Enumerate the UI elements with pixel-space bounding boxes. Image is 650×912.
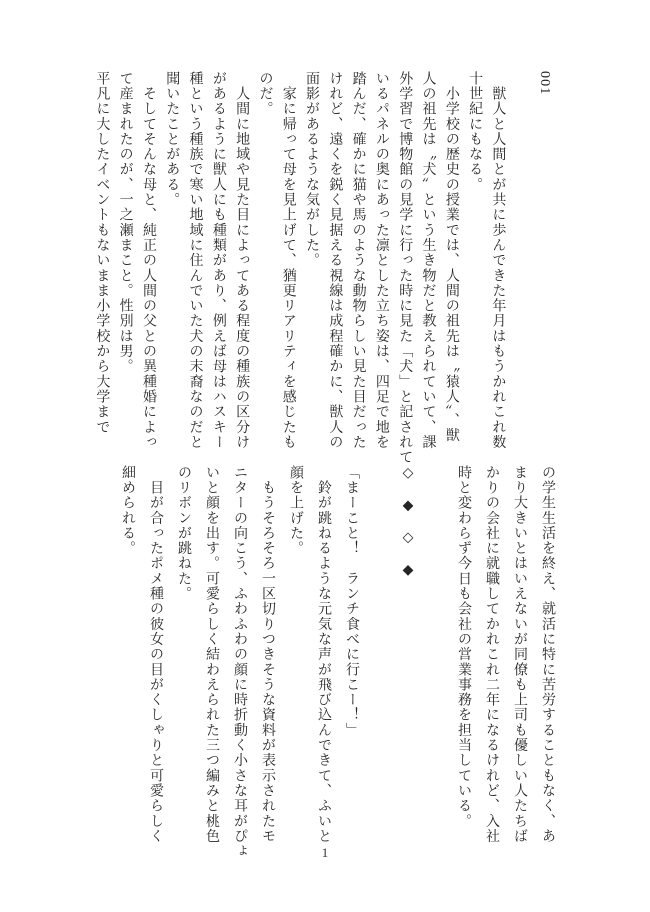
blank-line [421,465,449,853]
text-line: 時と変わらず今日も会社の営業事務を担当している。 [449,465,477,853]
text-line: まり大きいとはいえないが同僚も上司も優しい人たちば [505,465,533,853]
text-line: 目が合ったポメ種の彼女の目がくしゃりと可愛らしく [141,465,169,853]
text-line: 聞いたことがある。 [160,71,183,463]
text-line: 踏んだ、確かに猫や馬のような動物らしい見た目だった [346,71,369,463]
text-line: そしてそんな母と、純正の人間の父との異種婚によっ [137,71,160,463]
text-line: のリボンが跳ねた。 [169,465,197,853]
text-line: 鈴が跳ねるような元気な声が飛び込んできて、ふいと [309,465,337,853]
text-line: があるように獣人にも種類があり、例えば母はハスキー [207,71,230,463]
text-line: て産まれたのが、一之瀬まこと。性別は男。 [113,71,136,463]
text-line: 種という種族で寒い地域に住んでいた犬の末裔なのだと [183,71,206,463]
blank-line [365,465,393,853]
text-line: 獣人と人間とが共に歩んできた年月はもうかれこれ数 [486,71,509,463]
text-line: 小学校の歴史の授業では、人間の祖先は〝猿人〟、獣 [440,71,463,463]
text-line: いるパネルの奥にあった凛とした立ち姿は、四足で地を [370,71,393,463]
text-line: 顔を上げた。 [281,465,309,853]
text-line: ニターの向こう、ふわふわの顔に時折動く小さな耳がぴょ [225,465,253,853]
text-line: 平凡に大したイベントもないまま小学校から大学まで [90,71,113,463]
page-number: 1 [0,845,650,861]
text-line: 外学習で博物館の見学に行った時に見た「犬」と記されて [393,71,416,463]
text-line: のだ。 [253,71,276,463]
text-line: けれど、遠くを鋭く見据える視線は成程確かに、獣人の [323,71,346,463]
text-line: 細められる。 [113,465,141,853]
text-line: 人間に地域や見た目によってある程度の種族の区分け [230,71,253,463]
novel-manuscript-page: 001 獣人と人間とが共に歩んできた年月はもうかれこれ数 十世紀にもなる。 小学… [0,0,650,912]
lower-text-band: の学生生活を終え、就活に特に苦労することもなく、あ まり大きいとはいえないが同僚… [113,465,561,853]
text-line: 人の祖先は〝犬〟という生き物だと教えられていて、課 [416,71,439,463]
dialogue-line: 「まーこと！ ランチ食べに行こー！」 [337,465,365,853]
text-line: 家に帰って母を見上げて、猶更リアリティを感じたも [276,71,299,463]
text-line: 面影があるような気がした。 [300,71,323,463]
text-line: の学生生活を終え、就活に特に苦労することもなく、あ [533,465,561,853]
text-line: もうそろそろ一区切りつきそうな資料が表示されたモ [253,465,281,853]
section-number: 001 [533,71,556,463]
text-line: 十世紀にもなる。 [463,71,486,463]
blank-line [509,71,532,463]
text-line: かりの会社に就職してかれこれ二年になるけれど、入社 [477,465,505,853]
scene-break-ornament: ◇ ◆ ◇ ◆ [393,465,421,853]
upper-text-band: 001 獣人と人間とが共に歩んできた年月はもうかれこれ数 十世紀にもなる。 小学… [90,71,556,463]
text-line: いと顔を出す。可愛らしく結わえられた三つ編みと桃色 [197,465,225,853]
